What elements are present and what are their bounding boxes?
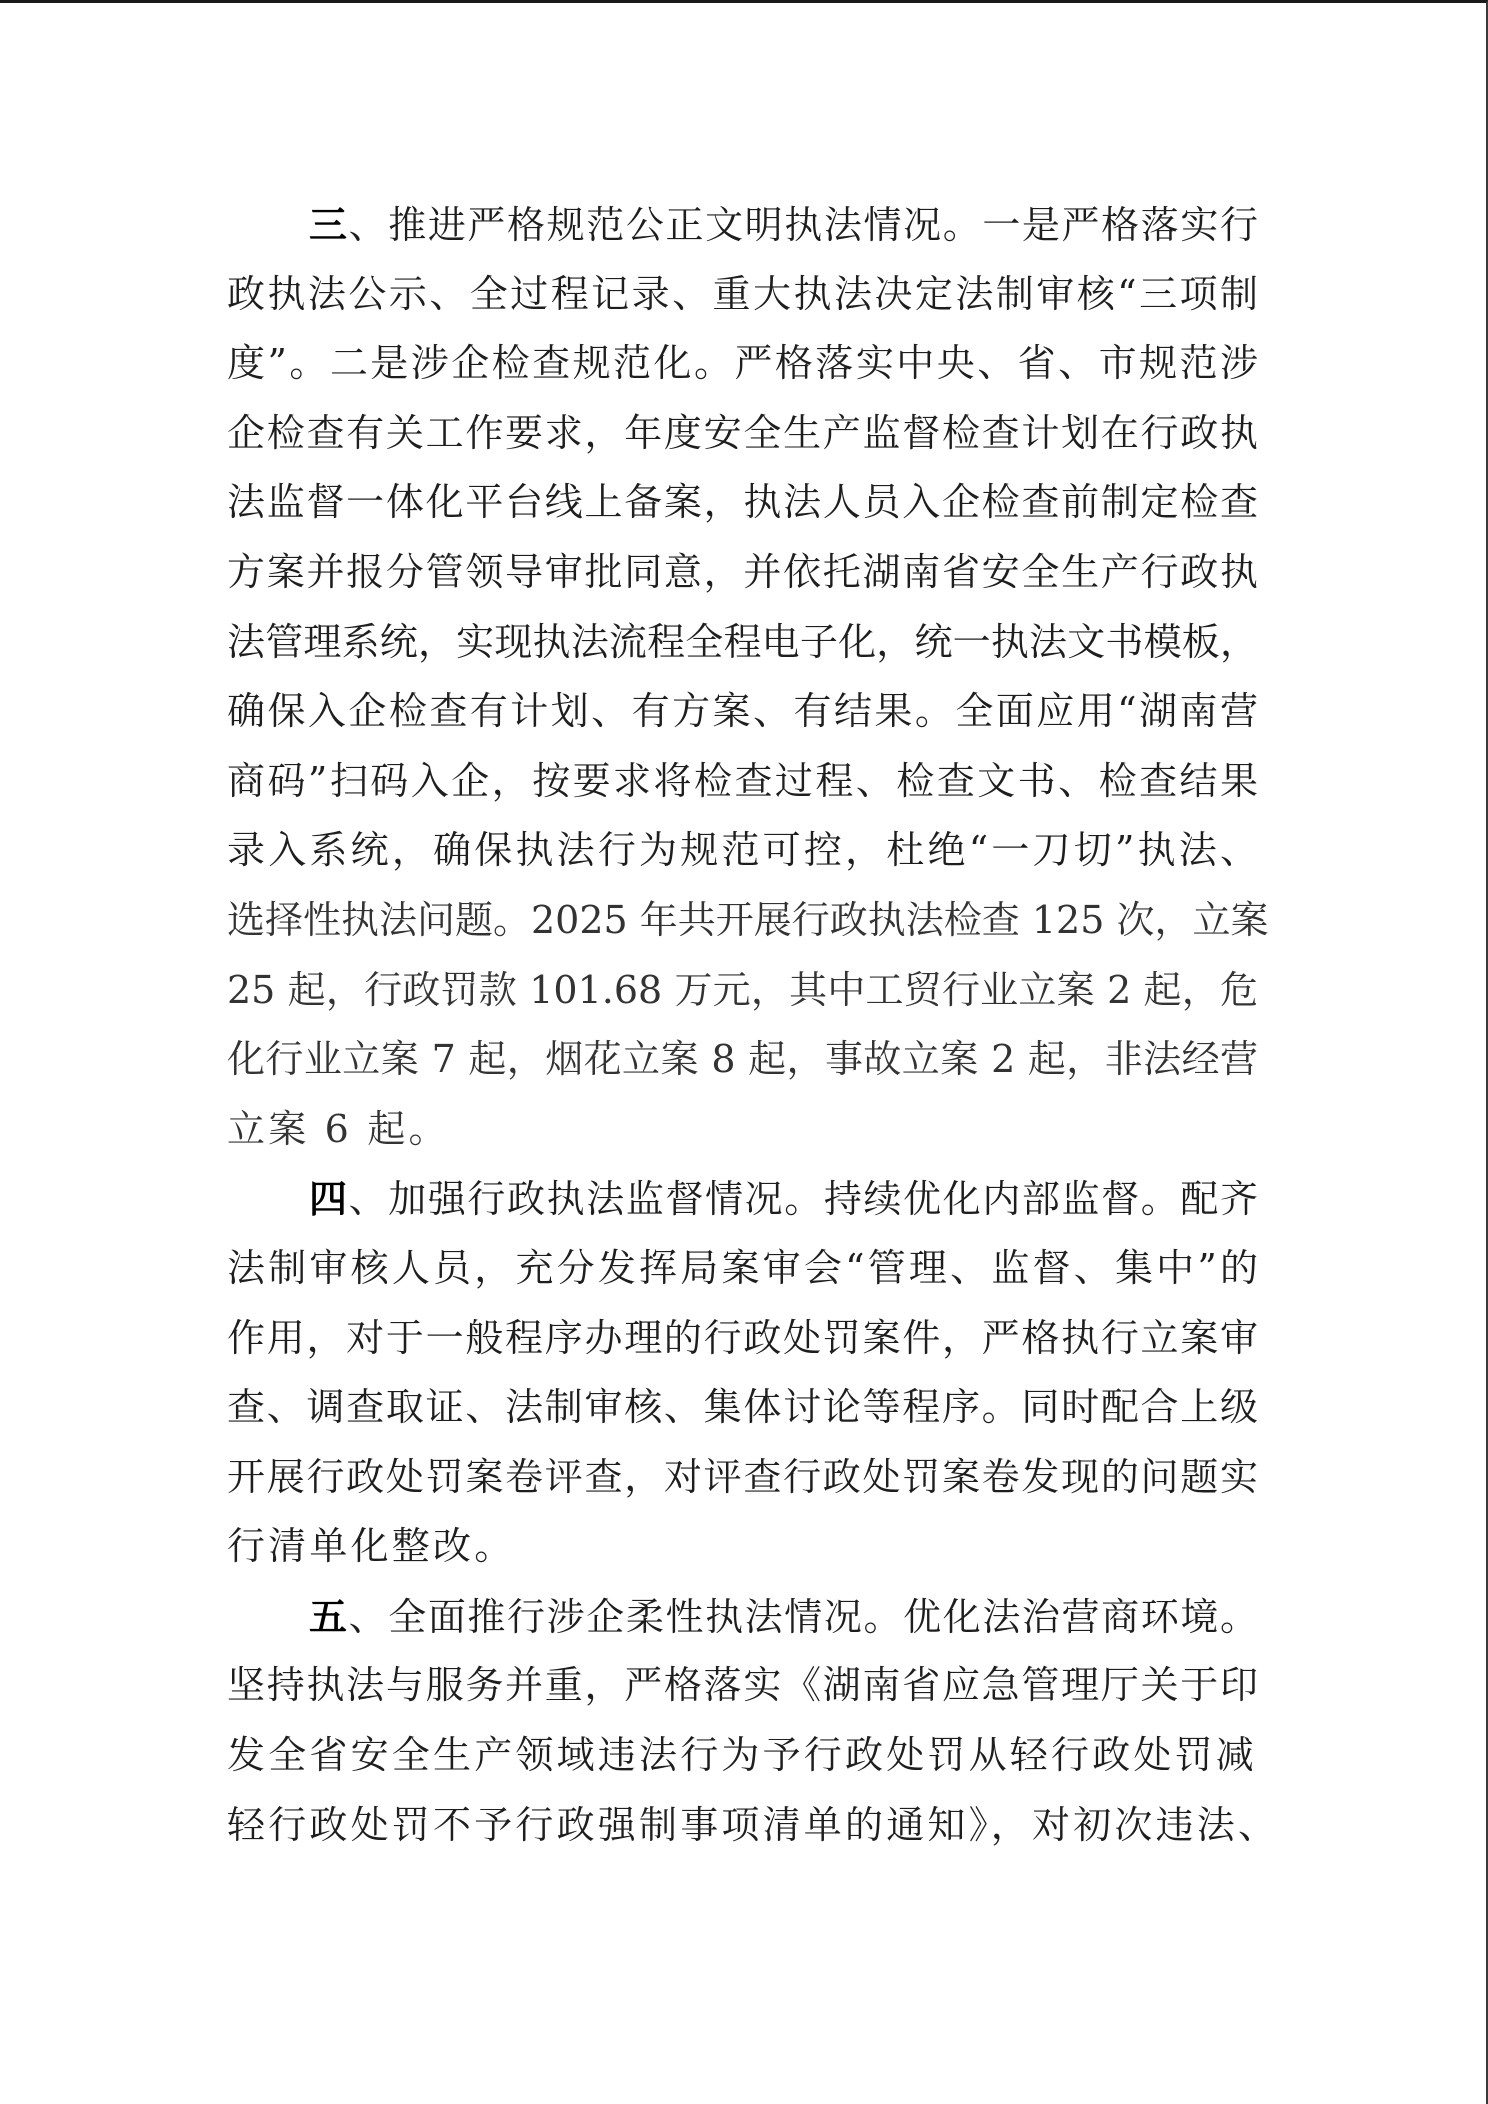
section-3-line-14: 立案 6 起。	[227, 1095, 1258, 1165]
section-4-heading-text: 、加强行政执法监督情况。持续优化内部监督。配齐	[349, 1177, 1258, 1221]
section-5-heading-text: 、全面推行涉企柔性执法情况。优化法治营商环境。	[349, 1595, 1258, 1639]
section-5-line-3: 发全省安全生产领域违法行为予行政处罚从轻行政处罚减	[227, 1721, 1258, 1791]
section-5-line-2: 坚持执法与服务并重，严格落实《湖南省应急管理厅关于印	[227, 1651, 1258, 1721]
section-3-line-9: 商码”扫码入企，按要求将检查过程、检查文书、检查结果	[227, 747, 1258, 817]
section-3-line-4: 企检查有关工作要求，年度安全生产监督检查计划在行政执	[227, 399, 1258, 469]
section-4-line-6: 行清单化整改。	[227, 1512, 1258, 1582]
section-4-line-3: 作用，对于一般程序办理的行政处罚案件，严格执行立案审	[227, 1304, 1258, 1374]
section-3-line-12: 25 起，行政罚款 101.68 万元，其中工贸行业立案 2 起，危	[227, 956, 1258, 1026]
section-4-line-2: 法制审核人员，充分发挥局案审会“管理、监督、集中”的	[227, 1234, 1258, 1304]
section-3-line-7: 法管理系统，实现执法流程全程电子化，统一执法文书模板，	[227, 608, 1258, 678]
section-3-line-8: 确保入企检查有计划、有方案、有结果。全面应用“湖南营	[227, 677, 1258, 747]
section-5-line-1: 五、全面推行涉企柔性执法情况。优化法治营商环境。	[227, 1582, 1258, 1652]
section-4-line-5: 开展行政处罚案卷评查，对评查行政处罚案卷发现的问题实	[227, 1443, 1258, 1513]
section-3-line-13: 化行业立案 7 起，烟花立案 8 起，事故立案 2 起，非法经营	[227, 1025, 1258, 1095]
section-3-line-2: 政执法公示、全过程记录、重大执法决定法制审核“三项制	[227, 260, 1258, 330]
section-3-line-5: 法监督一体化平台线上备案，执法人员入企检查前制定检查	[227, 468, 1258, 538]
section-3-heading-number: 三	[309, 202, 349, 247]
document-page: 三、推进严格规范公正文明执法情况。一是严格落实行 政执法公示、全过程记录、重大执…	[0, 0, 1488, 2104]
section-4-line-1: 四、加强行政执法监督情况。持续优化内部监督。配齐	[227, 1164, 1258, 1234]
section-5-heading-number: 五	[309, 1594, 349, 1639]
section-4-line-4: 查、调查取证、法制审核、集体讨论等程序。同时配合上级	[227, 1373, 1258, 1443]
section-3-line-3: 度”。二是涉企检查规范化。严格落实中央、省、市规范涉	[227, 329, 1258, 399]
section-3-heading-text: 、推进严格规范公正文明执法情况。一是严格落实行	[349, 203, 1258, 247]
section-3-line-11: 选择性执法问题。2025 年共开展行政执法检查 125 次，立案	[227, 886, 1258, 956]
section-3-line-6: 方案并报分管领导审批同意，并依托湖南省安全生产行政执	[227, 538, 1258, 608]
section-3-line-10: 录入系统，确保执法行为规范可控，杜绝“一刀切”执法、	[227, 816, 1258, 886]
document-body: 三、推进严格规范公正文明执法情况。一是严格落实行 政执法公示、全过程记录、重大执…	[227, 190, 1258, 1860]
section-4-heading-number: 四	[309, 1176, 349, 1221]
section-3-line-1: 三、推进严格规范公正文明执法情况。一是严格落实行	[227, 190, 1258, 260]
section-5-line-4: 轻行政处罚不予行政强制事项清单的通知》，对初次违法、	[227, 1791, 1258, 1861]
